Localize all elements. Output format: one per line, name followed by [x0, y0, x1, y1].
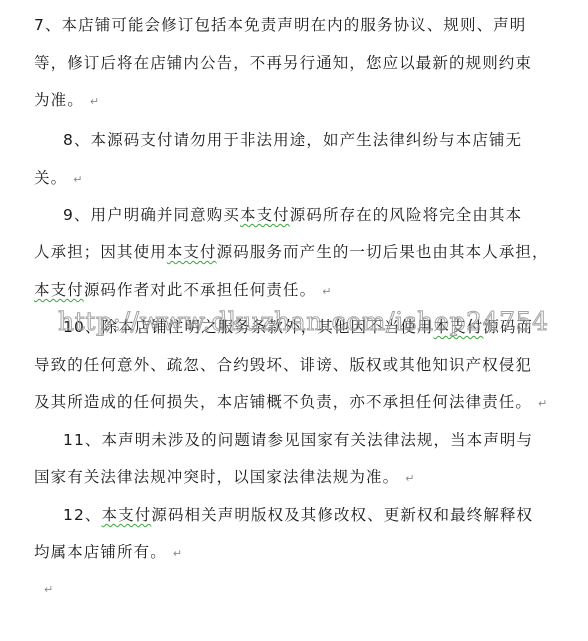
paragraph-9-line-2: 人承担；因其使用本支付源码服务而产生的一切后果也由其本人承担，: [34, 242, 549, 262]
paragraph-7-line-3: 为准。↵: [34, 90, 99, 110]
paragraph-8-line-2: 关。↵: [34, 168, 82, 188]
spellcheck-flagged-text[interactable]: 本支付: [102, 506, 152, 524]
paragraph-mark-icon: ↵: [538, 397, 547, 410]
document-page[interactable]: 7、本店铺可能会修订包括本免责声明在内的服务协议、规则、声明 等，修订后将在店铺…: [0, 0, 588, 641]
text: 源码作者对此不承担任何责任。: [84, 281, 316, 299]
text: 7、本店铺可能会修订包括本免责声明在内的服务协议、规则、声明: [34, 16, 526, 34]
text: 均属本店铺所有。: [34, 543, 167, 561]
paragraph-11-line-1: 11、本声明未涉及的问题请参见国家有关法律法规，当本声明与: [63, 430, 533, 450]
text: 国家有关法律法规冲突时，以国家法律法规为准。: [34, 468, 399, 486]
text: 及其所造成的任何损失，本店铺概不负责，亦不承担任何法律责任。: [34, 393, 532, 411]
text: 等，修订后将在店铺内公告，不再另行通知，您应以最新的规则约束: [34, 54, 532, 72]
paragraph-mark-icon: ↵: [173, 547, 182, 560]
text: 9、用户明确并同意购买: [63, 206, 240, 224]
paragraph-mark-icon: ↵: [73, 173, 82, 186]
spellcheck-flagged-text[interactable]: 本支付: [167, 243, 217, 261]
text: 导致的任何意外、疏忽、合约毁坏、诽谤、版权或其他知识产权侵犯: [34, 356, 532, 374]
paragraph-11-line-2: 国家有关法律法规冲突时，以国家法律法规为准。↵: [34, 467, 414, 487]
spellcheck-flagged-text[interactable]: 本支付: [434, 318, 484, 336]
text: 源码服务而产生的一切后果也由其本人承担，: [217, 243, 549, 261]
paragraph-10-line-1: 10、除本店铺注明之服务条款外，其他因不当使用本支付源码而: [63, 317, 533, 337]
paragraph-7-line-2: 等，修订后将在店铺内公告，不再另行通知，您应以最新的规则约束: [34, 53, 532, 73]
paragraph-12-line-1: 12、本支付源码相关声明版权及其修改权、更新权和最终解释权: [63, 505, 533, 525]
empty-paragraph: ↵: [44, 578, 53, 598]
spellcheck-flagged-text[interactable]: 本支付: [240, 206, 290, 224]
text: 11、本声明未涉及的问题请参见国家有关法律法规，当本声明与: [63, 431, 533, 449]
text: 源码而: [483, 318, 533, 336]
paragraph-9-line-1: 9、用户明确并同意购买本支付源码所存在的风险将完全由其本: [63, 205, 522, 225]
text: 人承担；因其使用: [34, 243, 167, 261]
text: 为准。: [34, 91, 84, 109]
text: 源码所存在的风险将完全由其本: [290, 206, 522, 224]
spellcheck-flagged-text[interactable]: 本支付: [34, 281, 84, 299]
paragraph-mark-icon: ↵: [44, 583, 53, 596]
paragraph-10-line-2: 导致的任何意外、疏忽、合约毁坏、诽谤、版权或其他知识产权侵犯: [34, 355, 532, 375]
paragraph-mark-icon: ↵: [90, 95, 99, 108]
text: 关。: [34, 169, 67, 187]
paragraph-8-line-1: 8、本源码支付请勿用于非法用途，如产生法律纠纷与本店铺无: [63, 130, 522, 150]
text: 12、: [63, 506, 102, 524]
paragraph-mark-icon: ↵: [322, 285, 331, 298]
paragraph-12-line-2: 均属本店铺所有。↵: [34, 542, 182, 562]
paragraph-mark-icon: ↵: [405, 472, 414, 485]
text: 8、本源码支付请勿用于非法用途，如产生法律纠纷与本店铺无: [63, 131, 522, 149]
paragraph-10-line-3: 及其所造成的任何损失，本店铺概不负责，亦不承担任何法律责任。↵: [34, 392, 547, 412]
text: 源码相关声明版权及其修改权、更新权和最终解释权: [151, 506, 533, 524]
paragraph-7-line-1: 7、本店铺可能会修订包括本免责声明在内的服务协议、规则、声明: [34, 15, 526, 35]
paragraph-9-line-3: 本支付源码作者对此不承担任何责任。↵: [34, 280, 331, 300]
text: 10、除本店铺注明之服务条款外，其他因不当使用: [63, 318, 434, 336]
